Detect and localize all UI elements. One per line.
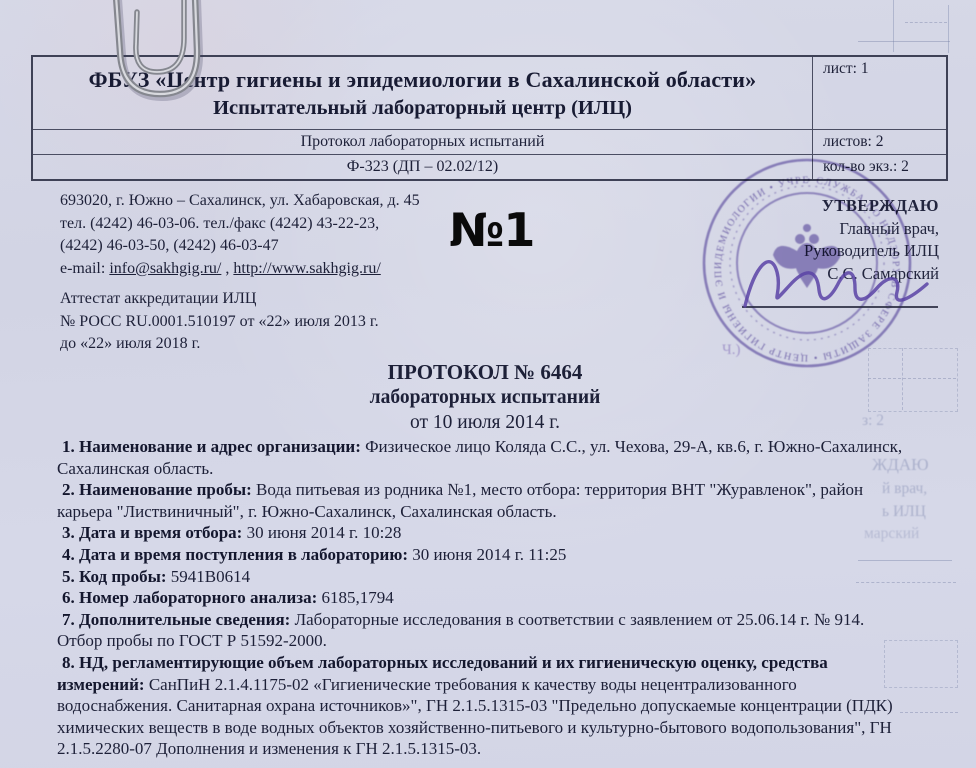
org-address: 693020, г. Южно – Сахалинск, ул. Хабаров… xyxy=(60,190,420,213)
accreditation-validity: до «22» июля 2018 г. xyxy=(60,333,379,356)
ghost-grid xyxy=(868,348,958,412)
sheets-cell: листов: 2 xyxy=(812,129,946,154)
ghost-text: ЖДАЮ xyxy=(872,455,929,475)
ghost-line xyxy=(905,22,947,23)
scanned-document: ФБУЗ «Центр гигиены и эпидемиологии в Са… xyxy=(0,0,976,768)
item-label: 7. Дополнительные сведения: xyxy=(62,610,290,629)
ghost-line xyxy=(856,582,956,583)
protocol-date: от 10 июля 2014 г. xyxy=(60,410,910,435)
item-value: 30 июня 2014 г. 11:25 xyxy=(412,545,566,564)
item-analysis-number: 6. Номер лабораторного анализа: 6185,179… xyxy=(57,587,907,609)
ghost-line xyxy=(858,41,950,42)
item-value: 6185,1794 xyxy=(322,588,394,607)
website-link: http://www.sakhgig.ru/ xyxy=(233,260,380,277)
ghost-text: з: 2 xyxy=(862,412,884,430)
ghost-grid xyxy=(884,640,958,688)
item-sampling-datetime: 3. Дата и время отбора: 30 июня 2014 г. … xyxy=(57,522,907,544)
org-phone-1: тел. (4242) 46-03-06. тел./факс (4242) 4… xyxy=(60,213,420,236)
item-label: 2. Наименование пробы: xyxy=(62,480,252,499)
org-email-line: e-mail: info@sakhgig.ru/ , http://www.sa… xyxy=(60,258,420,281)
sheet-cell: лист: 1 xyxy=(812,57,946,129)
item-sample-code: 5. Код пробы: 5941В0614 xyxy=(57,566,907,588)
protocol-subtitle: лабораторных испытаний xyxy=(60,385,910,410)
ghost-text: марский xyxy=(864,525,919,543)
ghost-line xyxy=(902,348,903,410)
item-value: 30 июня 2014 г. 10:28 xyxy=(247,523,402,542)
accreditation-title: Аттестат аккредитации ИЛЦ xyxy=(60,288,379,311)
item-received-datetime: 4. Дата и время поступления в лаборатори… xyxy=(57,544,907,566)
item-label: 4. Дата и время поступления в лаборатори… xyxy=(62,545,408,564)
ghost-line xyxy=(948,5,949,53)
item-label: 3. Дата и время отбора: xyxy=(62,523,242,542)
ghost-line xyxy=(900,712,958,713)
contact-block: 693020, г. Южно – Сахалинск, ул. Хабаров… xyxy=(60,190,420,280)
item-normative-docs: 8. НД, регламентирующие объем лабораторн… xyxy=(57,652,907,760)
item-sample-name: 2. Наименование пробы: Вода питьевая из … xyxy=(57,479,907,522)
item-label: 5. Код пробы: xyxy=(62,567,167,586)
item-label: 6. Номер лабораторного анализа: xyxy=(62,588,317,607)
protocol-title-block: ПРОТОКОЛ № 6464 лабораторных испытаний о… xyxy=(60,360,910,435)
email-link: info@sakhgig.ru/ xyxy=(109,260,221,277)
ghost-line xyxy=(868,378,956,379)
signature xyxy=(735,246,945,318)
email-label: e-mail: xyxy=(60,260,109,277)
protocol-items: 1. Наименование и адрес организации: Физ… xyxy=(57,436,907,760)
sample-number-annotation: №1 xyxy=(449,203,534,257)
item-value: СанПиН 2.1.4.1175-02 «Гигиенические треб… xyxy=(57,675,893,759)
protocol-number: ПРОТОКОЛ № 6464 xyxy=(60,360,910,385)
lab-center-name: Испытательный лабораторный центр (ИЛЦ) xyxy=(213,97,632,120)
item-label: 1. Наименование и адрес организации: xyxy=(62,437,361,456)
ghost-text: ь ИЛЦ xyxy=(882,503,926,521)
doc-type-cell: Протокол лабораторных испытаний xyxy=(33,129,812,154)
paperclip xyxy=(100,0,230,118)
item-organization: 1. Наименование и адрес организации: Физ… xyxy=(57,436,907,479)
org-phone-2: (4242) 46-03-50, (4242) 46-03-47 xyxy=(60,235,420,258)
ghost-text: й врач, xyxy=(882,480,927,498)
item-additional-info: 7. Дополнительные сведения: Лабораторные… xyxy=(57,609,907,652)
link-separator: , xyxy=(221,260,233,277)
item-value: 5941В0614 xyxy=(171,567,250,586)
ghost-line xyxy=(893,0,894,52)
accreditation-block: Аттестат аккредитации ИЛЦ № РОСС RU.0001… xyxy=(60,288,379,356)
ghost-line xyxy=(858,560,952,561)
accreditation-number: № РОСС RU.0001.510197 от «22» июля 2013 … xyxy=(60,311,379,334)
ghost-stamp-mark: Ч.) xyxy=(722,342,741,359)
